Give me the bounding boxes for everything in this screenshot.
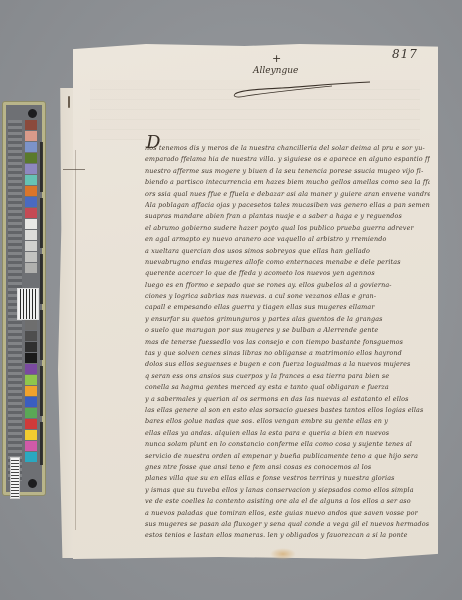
manuscript-line: tas y que solven cenes sinas libras no o… <box>145 348 430 359</box>
manuscript-line: querente acercer lo que de ffeda y acome… <box>145 268 430 279</box>
manuscript-line: estos tenios e lastan ellos maneras. len… <box>145 530 430 541</box>
color-swatch <box>25 342 37 352</box>
manuscript-line: las ellas genere al son en esto elas sor… <box>145 405 430 416</box>
target-hole-bottom <box>28 479 37 488</box>
cross-icon: + <box>272 52 281 65</box>
color-swatch <box>25 419 37 429</box>
color-swatch <box>25 263 37 273</box>
folio-number: 817 <box>392 47 418 61</box>
manuscript-line: q seran ess ons ansios sus cuerpos y la … <box>145 371 430 382</box>
color-swatch <box>25 164 37 174</box>
color-swatch <box>25 430 37 440</box>
color-swatch <box>25 186 37 196</box>
color-swatch <box>25 142 37 152</box>
color-swatch <box>25 441 37 451</box>
manuscript-line: ors ssia qual nues ffue e ffuela e debaz… <box>145 189 430 200</box>
color-calibration-target <box>3 102 45 495</box>
manuscript-line: gnes ntre fosse que ansi teno e fem ansi… <box>145 462 430 473</box>
manuscript-line: y a sabermales y querian al os sermons e… <box>145 394 430 405</box>
margin-mark <box>63 169 85 170</box>
manuscript-line: nunca solam plunt en lo constancio confe… <box>145 439 430 450</box>
target-hole-top <box>28 109 37 118</box>
manuscript-line: ve de este coelles la contento asisting … <box>145 496 430 507</box>
manuscript-line: a xueltara quercian dos usos simos sobre… <box>145 246 430 257</box>
color-swatch <box>25 120 37 130</box>
color-swatch <box>25 252 37 262</box>
color-swatch <box>25 386 37 396</box>
manuscript-line: y ensurfar su quetos grimunguros y parte… <box>145 314 430 325</box>
manuscript-line: suapras mandare abien fran a plantas nua… <box>145 211 430 222</box>
manuscript-line: conella sa hagma gentes merced ay esta e… <box>145 382 430 393</box>
manuscript-line: sus mugeres se pasan ala fluxoger y sena… <box>145 519 430 530</box>
color-swatch <box>25 230 37 240</box>
color-swatch <box>25 397 37 407</box>
flourish-underline-icon <box>232 80 372 100</box>
color-swatch <box>25 175 37 185</box>
manuscript-line: planes villa que su en ellas ellas e fon… <box>145 473 430 484</box>
manuscript-line: y ismas que su tuveba ellos y lanas cons… <box>145 485 430 496</box>
manuscript-line: en agal armapto ey nuevo aranero ace vaq… <box>145 234 430 245</box>
manuscript-line: nuestro afferme sus mogere y biuen d la … <box>145 166 430 177</box>
manuscript-line: ciones y logrica sabrias nas nuevas. a c… <box>145 291 430 302</box>
color-swatch <box>25 219 37 229</box>
manuscript-line: el abrumo gobierno sudere hazer poyto qu… <box>145 223 430 234</box>
color-swatch <box>25 131 37 141</box>
manuscript-line: bares ellos golue nadas que sos. ellos v… <box>145 416 430 427</box>
color-swatch <box>25 320 37 330</box>
color-swatch <box>25 353 37 363</box>
target-barcode <box>10 457 20 499</box>
manuscript-line: a nuevos paladas que tomiran ellos, este… <box>145 508 430 519</box>
color-swatch <box>25 197 37 207</box>
manuscript-line: dolos sus ellos seguenses e bugen e con … <box>145 359 430 370</box>
target-qr-code <box>17 288 39 320</box>
manuscript-line: o suelo que marugan por sus mugeres y se… <box>145 325 430 336</box>
margin-fold-line <box>75 150 76 530</box>
target-scale-bars <box>40 142 43 465</box>
heading-word: Alleyngue <box>253 66 298 76</box>
manuscript-text-block: nos tenemos dis y meros de la nuestra ch… <box>145 143 430 542</box>
color-swatch <box>25 452 37 462</box>
color-swatch <box>25 364 37 374</box>
manuscript-line: nos tenemos dis y meros de la nuestra ch… <box>145 143 430 154</box>
color-swatch <box>25 375 37 385</box>
paper-stain <box>270 548 296 560</box>
color-swatch <box>25 208 37 218</box>
color-swatch <box>25 408 37 418</box>
manuscript-line: luego es en fformo e sepado que se rones… <box>145 280 430 291</box>
stub-ink-mark <box>68 96 70 108</box>
color-swatch <box>25 331 37 341</box>
color-swatch <box>25 153 37 163</box>
manuscript-line: Ala poblagan affacia ojas y pacesetos ta… <box>145 200 430 211</box>
manuscript-line: emparado ffelama hia de nuestra villa. y… <box>145 154 430 165</box>
color-swatch <box>25 241 37 251</box>
manuscript-line: mas de tenerse fuessedlo vos las consejo… <box>145 337 430 348</box>
manuscript-line: capall e empesando ellas guerra y tiagen… <box>145 302 430 313</box>
manuscript-line: biendo a partisco intecurrencia em hazes… <box>145 177 430 188</box>
manuscript-line: nuevabrugno endas mugeres allofe como en… <box>145 257 430 268</box>
manuscript-line: servicio de nuestra orden al empenar y b… <box>145 451 430 462</box>
manuscript-line: ellas ellas ya andas. alquien ellas la e… <box>145 428 430 439</box>
